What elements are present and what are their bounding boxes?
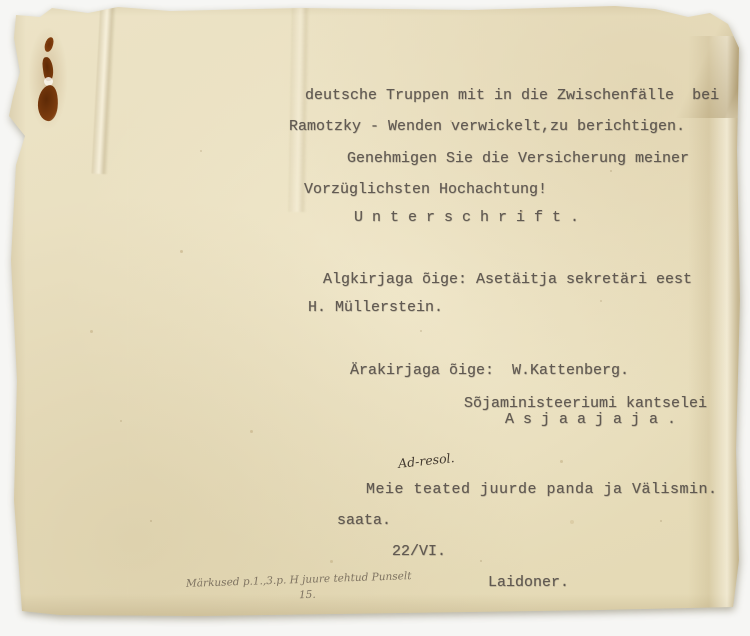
paper-speck — [610, 170, 612, 172]
right-edge-curl — [688, 36, 740, 611]
typed-resolution-signature: Laidoner. — [488, 575, 569, 590]
vertical-crease — [92, 4, 117, 175]
paper-speck — [480, 560, 482, 562]
paper-speck — [200, 150, 202, 152]
typed-body-line-1: deutsche Truppen mit in die Zwischenfäll… — [305, 88, 719, 103]
paper-shadow-wrapper: deutsche Truppen mit in die Zwischenfäll… — [0, 0, 750, 636]
rust-stain — [44, 36, 55, 52]
paper-speck — [330, 560, 333, 563]
typed-closing-line-2: Vorzüglichsten Hochachtung! — [304, 182, 547, 197]
paper-speck — [660, 520, 662, 522]
handwritten-ink-annotation: Ad-resol. — [397, 450, 455, 471]
paper-speck — [560, 460, 563, 463]
typed-signature-placeholder: U n t e r s c h r i f t . — [354, 210, 579, 225]
scanned-document-backdrop: deutsche Truppen mit in die Zwischenfäll… — [0, 0, 750, 636]
rust-stain-halo — [28, 26, 68, 130]
typed-copy-certification: Ärakirjaga õige: W.Kattenberg. — [350, 363, 629, 378]
typed-office-line-1: Sõjaministeeriumi kantselei — [464, 396, 707, 411]
typed-original-certification: Algkirjaga õige: Asetäitja sekretäri ees… — [323, 272, 692, 287]
paper-speck — [120, 420, 122, 422]
typed-body-line-2: Ramotzky - Wenden verwickelt,zu berichti… — [289, 119, 685, 134]
paper-speck — [180, 250, 183, 253]
paper-speck — [150, 520, 152, 522]
rust-stain — [41, 56, 54, 81]
typed-resolution-instruction: Meie teated juurde panda ja Välismin. — [366, 482, 718, 497]
paper-speck — [570, 520, 574, 524]
rust-stain — [36, 84, 60, 122]
typed-certifier-name: H. Müllerstein. — [308, 300, 443, 315]
paper-speck — [600, 300, 602, 302]
bottom-edge-shading — [0, 594, 750, 616]
paper-speck — [250, 430, 253, 433]
typed-closing-line-1: Genehmigen Sie die Versicherung meiner — [347, 151, 689, 166]
paper-speck — [90, 330, 93, 333]
typed-office-line-2: A s j a a j a j a . — [505, 412, 676, 427]
handwritten-pencil-note-number: 15. — [299, 589, 316, 602]
torn-paper-highlight — [44, 77, 53, 86]
handwritten-pencil-note: Märkused p.1.,3.p. H juure tehtud Punsel… — [186, 570, 412, 590]
typed-resolution-continuation: saata. — [337, 513, 391, 528]
typed-resolution-date: 22/VI. — [392, 544, 446, 559]
paper-speck — [420, 330, 422, 332]
left-edge-shading — [0, 0, 26, 636]
letter-paper: deutsche Truppen mit in die Zwischenfäll… — [0, 0, 750, 636]
top-edge-shading — [0, 0, 750, 16]
